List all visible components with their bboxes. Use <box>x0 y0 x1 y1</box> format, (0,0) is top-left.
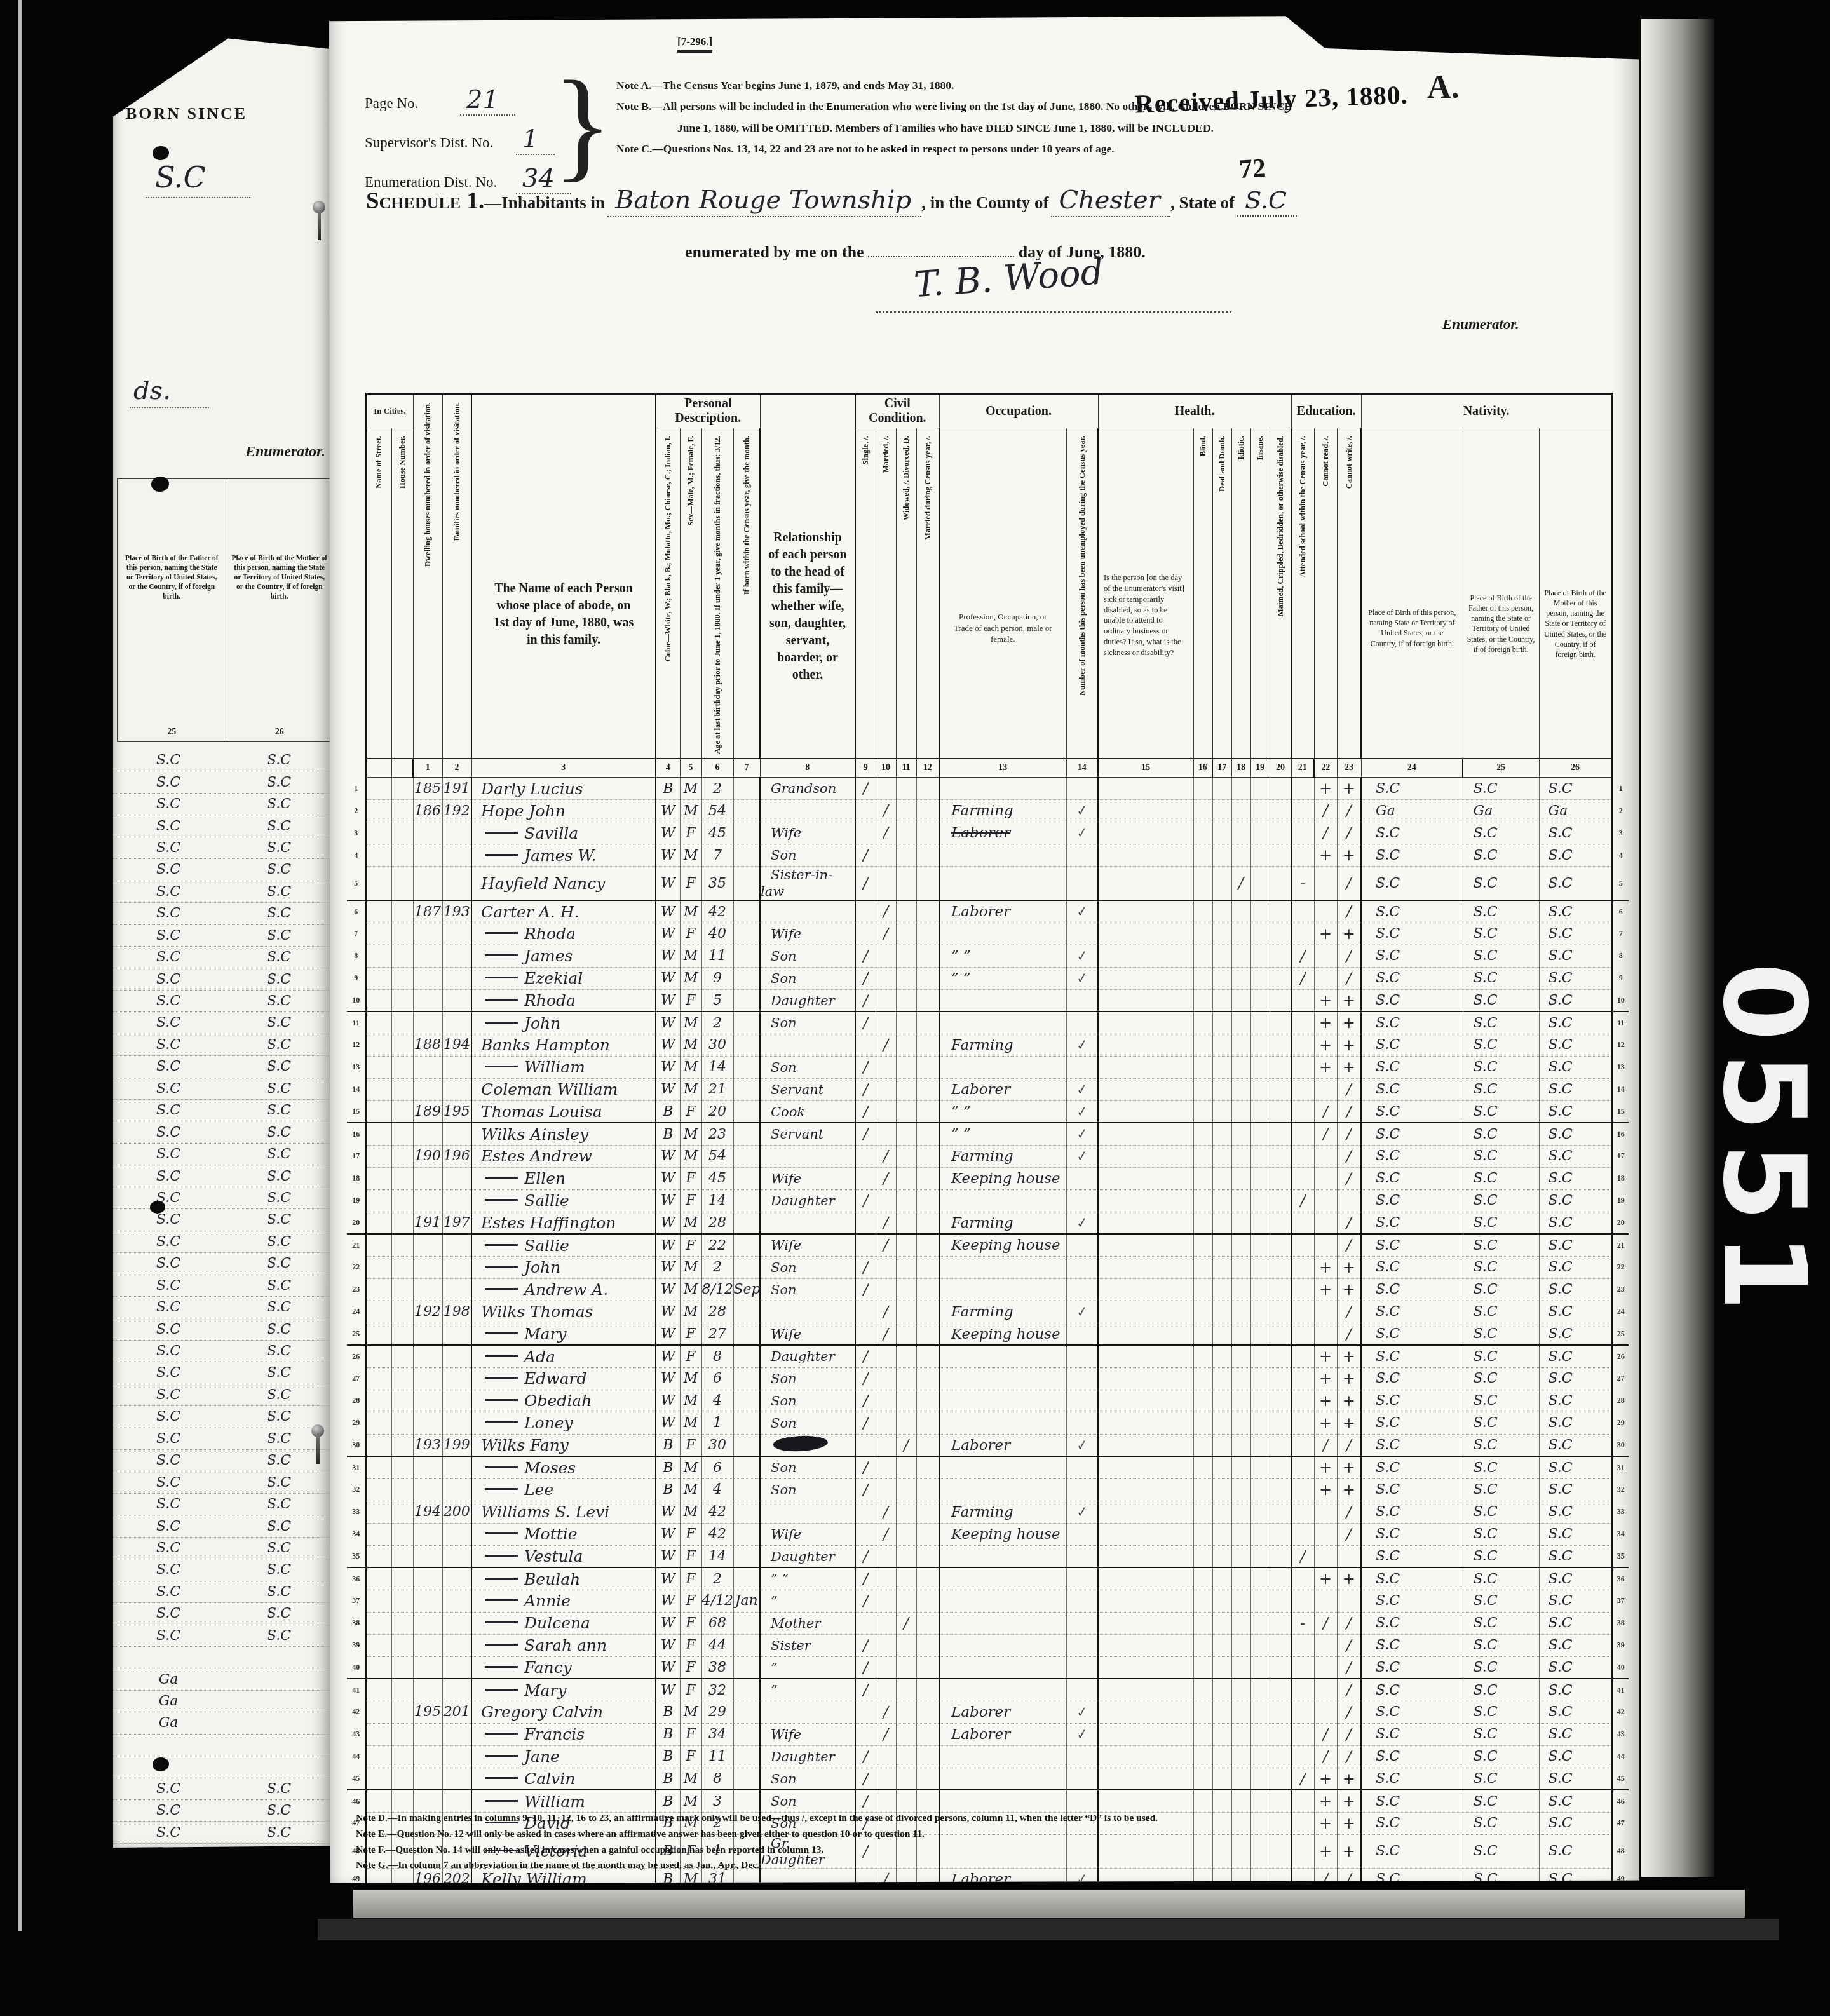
table-cell <box>1212 1367 1231 1390</box>
prev-birthplace-value: S.C <box>113 1452 224 1468</box>
table-cell <box>1291 1078 1314 1100</box>
occupation: Keeping house <box>939 1323 1066 1345</box>
table-cell: 35 <box>1612 1545 1629 1567</box>
prev-birthplace-value: Ga <box>113 1672 224 1688</box>
film-frame-number: 0551 <box>1698 844 1830 1441</box>
table-cell: 24 <box>1612 1301 1629 1323</box>
table-cell: 3 <box>347 822 366 844</box>
table-cell: 2 <box>1612 800 1629 822</box>
district-block: Page No. 21 Supervisor's Dist. No. 1 Enu… <box>365 78 555 196</box>
table-cell: M <box>680 1278 701 1301</box>
table-cell <box>1098 1100 1193 1123</box>
table-cell: / <box>1314 1123 1337 1145</box>
table-cell: S.C <box>1539 1834 1612 1868</box>
table-row: 8JamesWM11Son/” ”✓//S.CS.CS.C8 <box>347 945 1629 967</box>
table-row: 22JohnWM2Son/++S.CS.CS.C22 <box>347 1256 1629 1278</box>
table-cell: S.C <box>1539 1301 1612 1323</box>
person-name: James W. <box>471 844 656 867</box>
table-cell <box>1270 867 1291 901</box>
table-cell: 17 <box>347 1145 366 1167</box>
table-cell <box>1250 1679 1270 1701</box>
table-cell <box>1098 1234 1193 1256</box>
table-cell <box>413 1723 442 1745</box>
table-cell: 22 <box>701 1234 733 1256</box>
table-cell <box>896 778 916 800</box>
table-cell: S.C <box>1361 900 1463 923</box>
table-cell <box>876 1345 896 1367</box>
table-cell <box>366 867 391 901</box>
table-cell: F <box>680 867 701 901</box>
table-cell: S.C <box>1539 1212 1612 1234</box>
table-cell <box>366 1345 391 1367</box>
person-name: William <box>471 1790 656 1812</box>
prev-birthplace-value: S.C <box>224 1190 334 1206</box>
column-number: 20 <box>1270 759 1291 778</box>
table-cell <box>1270 844 1291 867</box>
table-cell: + <box>1337 1034 1361 1056</box>
table-cell <box>916 1367 939 1390</box>
table-cell <box>916 822 939 844</box>
table-cell: + <box>1337 1390 1361 1412</box>
table-cell <box>1231 1723 1250 1745</box>
table-cell <box>1066 1256 1098 1278</box>
table-cell <box>1193 1478 1212 1501</box>
table-cell <box>1098 1256 1193 1278</box>
table-cell <box>1291 1478 1314 1501</box>
table-cell <box>876 1412 896 1434</box>
table-cell: S.C <box>1361 1056 1463 1078</box>
table-cell <box>876 1367 896 1390</box>
table-cell: / <box>855 1412 876 1434</box>
prev-page-row: S.CS.C <box>113 1275 334 1297</box>
table-cell <box>733 844 760 867</box>
table-cell <box>1193 1056 1212 1078</box>
table-cell: S.C <box>1463 1078 1539 1100</box>
table-cell <box>1193 1768 1212 1790</box>
table-cell <box>1212 822 1231 844</box>
prev-page-row: S.CS.C <box>113 859 334 881</box>
table-cell <box>1270 1256 1291 1278</box>
table-cell: 21 <box>701 1078 733 1100</box>
table-cell <box>413 867 442 901</box>
table-row: 37AnnieWF4/12Jan”/S.CS.CS.C37 <box>347 1590 1629 1612</box>
table-cell <box>442 1412 471 1434</box>
table-cell: M <box>680 945 701 967</box>
table-cell <box>366 989 391 1011</box>
table-cell: 194 <box>442 1034 471 1056</box>
table-cell <box>1291 1345 1314 1367</box>
table-cell: / <box>1291 1545 1314 1567</box>
table-cell: S.C <box>1539 1656 1612 1679</box>
table-cell <box>1250 1412 1270 1434</box>
table-cell <box>391 1745 413 1768</box>
relationship: ” ” <box>760 1567 855 1590</box>
table-cell <box>1270 1100 1291 1123</box>
occupation <box>939 1768 1066 1790</box>
prev-col26-number: 26 <box>226 727 334 738</box>
table-cell <box>1250 1367 1270 1390</box>
relationship <box>760 1301 855 1323</box>
occupation: Laborer <box>939 822 1066 844</box>
table-row: 43FrancisBF34Wife/Laborer✓//S.CS.CS.C43 <box>347 1723 1629 1745</box>
table-cell <box>1212 967 1231 989</box>
table-cell: 5 <box>701 989 733 1011</box>
occupation <box>939 1412 1066 1434</box>
table-cell: / <box>1291 1768 1314 1790</box>
table-cell: W <box>656 945 680 967</box>
table-cell: 14 <box>701 1056 733 1078</box>
table-cell <box>366 1078 391 1100</box>
table-cell <box>1193 1434 1212 1456</box>
table-cell <box>366 1745 391 1768</box>
relationship: Daughter <box>760 1189 855 1212</box>
table-cell: 8 <box>347 945 366 967</box>
table-cell <box>896 1456 916 1478</box>
table-cell: S.C <box>1463 1034 1539 1056</box>
table-cell <box>1193 1123 1212 1145</box>
table-cell <box>1212 1701 1231 1723</box>
table-cell: 2 <box>701 1567 733 1590</box>
prev-birthplace-value: S.C <box>224 840 334 856</box>
table-cell <box>1066 1634 1098 1656</box>
prev-page-row: S.CS.C <box>113 1559 334 1581</box>
table-cell <box>1250 1456 1270 1478</box>
table-cell <box>1231 1189 1250 1212</box>
table-cell: F <box>680 1656 701 1679</box>
table-cell <box>896 822 916 844</box>
table-cell: S.C <box>1463 1056 1539 1078</box>
table-cell: 14 <box>701 1189 733 1212</box>
person-name: Hope John <box>471 800 656 822</box>
col13-header: Profession, Occupation, or Trade of each… <box>939 428 1066 759</box>
table-cell: 23 <box>1612 1278 1629 1301</box>
table-row: 36BeulahWF2” ”/++S.CS.CS.C36 <box>347 1567 1629 1590</box>
table-cell <box>442 1078 471 1100</box>
column-number: 19 <box>1250 759 1270 778</box>
table-cell <box>1231 1078 1250 1100</box>
prev-page-row: S.CS.C <box>113 1428 334 1450</box>
table-cell: S.C <box>1539 1078 1612 1100</box>
table-cell <box>1337 1189 1361 1212</box>
table-cell <box>366 1301 391 1323</box>
table-cell: M <box>680 1301 701 1323</box>
table-cell <box>855 1723 876 1745</box>
table-cell <box>1193 1345 1212 1367</box>
table-cell: 34 <box>701 1723 733 1745</box>
table-cell <box>391 1234 413 1256</box>
table-cell <box>1212 1768 1231 1790</box>
table-cell: S.C <box>1463 1167 1539 1189</box>
table-cell: S.C <box>1463 1345 1539 1367</box>
table-cell <box>1212 1790 1231 1812</box>
table-cell: 27 <box>1612 1367 1629 1390</box>
table-cell <box>1314 1301 1337 1323</box>
table-cell <box>1098 1478 1193 1501</box>
prev-birthplace-value: S.C <box>224 1387 334 1403</box>
table-cell <box>1098 1212 1193 1234</box>
column-number: 2 <box>442 759 471 778</box>
table-cell: + <box>1314 1456 1337 1478</box>
prev-page-row: S.CS.C <box>113 1603 334 1625</box>
table-cell <box>733 1367 760 1390</box>
table-cell <box>876 1590 896 1612</box>
table-row: 7RhodaWF40Wife/++S.CS.CS.C7 <box>347 923 1629 945</box>
table-cell <box>391 1634 413 1656</box>
table-cell <box>1291 1523 1314 1545</box>
table-cell <box>916 1011 939 1034</box>
table-cell <box>1314 1167 1337 1189</box>
table-cell: S.C <box>1361 1256 1463 1278</box>
table-cell <box>1250 1145 1270 1167</box>
table-cell: + <box>1337 1456 1361 1478</box>
table-cell <box>1231 1301 1250 1323</box>
table-cell <box>1098 1412 1193 1434</box>
table-cell <box>391 1790 413 1812</box>
table-cell <box>413 989 442 1011</box>
col12-header: Married during Census year, /. <box>916 428 939 759</box>
table-cell: S.C <box>1463 1745 1539 1768</box>
table-cell <box>442 1745 471 1768</box>
table-cell <box>733 822 760 844</box>
table-cell: W <box>656 1390 680 1412</box>
table-cell: W <box>656 1323 680 1345</box>
prev-page-row: S.CS.C <box>113 947 334 968</box>
table-cell: B <box>656 1434 680 1456</box>
table-cell <box>1098 1590 1193 1612</box>
table-cell: 42 <box>701 900 733 923</box>
person-name: Loney <box>471 1412 656 1434</box>
table-cell <box>1066 1167 1098 1189</box>
table-cell <box>733 1234 760 1256</box>
table-cell: + <box>1337 844 1361 867</box>
table-cell: W <box>656 923 680 945</box>
table-cell: + <box>1337 1278 1361 1301</box>
table-cell <box>1098 989 1193 1011</box>
table-row: 42195201Gregory CalvinBM29/Laborer✓/S.CS… <box>347 1701 1629 1723</box>
prev-page-row: S.CS.C <box>113 1778 334 1800</box>
table-cell <box>366 1390 391 1412</box>
table-cell: + <box>1337 778 1361 800</box>
table-cell: / <box>1337 1301 1361 1323</box>
table-cell: 8 <box>701 1768 733 1790</box>
table-cell <box>442 1189 471 1212</box>
table-cell <box>1314 1590 1337 1612</box>
table-cell <box>876 1456 896 1478</box>
table-cell: 24 <box>347 1301 366 1323</box>
table-cell: S.C <box>1361 1478 1463 1501</box>
column-number: 24 <box>1361 759 1463 778</box>
column-number <box>366 759 391 778</box>
prev-page-row: Ga <box>113 1668 334 1690</box>
person-name: James <box>471 945 656 967</box>
table-row: 23Andrew A.WM8/12SepSon/++S.CS.CS.C23 <box>347 1278 1629 1301</box>
table-cell <box>413 1679 442 1701</box>
table-cell <box>733 1145 760 1167</box>
table-cell: + <box>1314 1567 1337 1590</box>
table-cell: S.C <box>1539 1189 1612 1212</box>
table-cell: W <box>656 844 680 867</box>
table-cell: 45 <box>1612 1768 1629 1790</box>
occupation: Keeping house <box>939 1523 1066 1545</box>
prev-page-row: S.CS.C <box>113 1581 334 1603</box>
table-cell: / <box>855 1590 876 1612</box>
relationship: Son <box>760 1478 855 1501</box>
prev-page-row: S.CS.C <box>113 1034 334 1056</box>
table-cell: 32 <box>1612 1478 1629 1501</box>
relationship <box>760 900 855 923</box>
table-cell: M <box>680 1078 701 1100</box>
prev-col25-header: Place of Birth of the Father of this per… <box>118 479 226 741</box>
enumerated-date-blank <box>868 243 1014 257</box>
prev-birthplace-value: S.C <box>113 752 224 768</box>
table-cell <box>916 1345 939 1367</box>
table-cell: 1 <box>1612 778 1629 800</box>
prev-page-row: S.CS.C <box>113 1384 334 1406</box>
relationship: Son <box>760 967 855 989</box>
occupation <box>939 1590 1066 1612</box>
prev-birthplace-value: S.C <box>113 796 224 812</box>
table-cell <box>1270 1212 1291 1234</box>
table-cell: S.C <box>1539 1679 1612 1701</box>
column-number: 7 <box>733 759 760 778</box>
table-cell <box>1098 1434 1193 1456</box>
table-cell: W <box>656 1612 680 1634</box>
table-cell: W <box>656 1656 680 1679</box>
table-cell: F <box>680 1345 701 1367</box>
table-cell <box>1250 945 1270 967</box>
table-cell: 4 <box>701 1478 733 1501</box>
occupation: Laborer <box>939 1723 1066 1745</box>
prev-birthplace-value: S.C <box>113 1540 224 1556</box>
prev-page-row: S.CS.C <box>113 1253 334 1275</box>
prev-page-row: S.CS.C <box>113 794 334 815</box>
table-cell <box>916 1412 939 1434</box>
table-cell: ✓ <box>1066 1145 1098 1167</box>
table-cell: 4 <box>347 844 366 867</box>
table-cell <box>896 1234 916 1256</box>
table-cell: S.C <box>1539 1011 1612 1034</box>
table-cell <box>442 1523 471 1545</box>
table-cell <box>1291 1145 1314 1167</box>
table-cell <box>1231 1412 1250 1434</box>
table-cell <box>1270 1590 1291 1612</box>
table-cell: 20 <box>347 1212 366 1234</box>
prev-page-row: S.CS.C <box>113 1625 334 1647</box>
table-cell: S.C <box>1361 867 1463 901</box>
table-cell <box>1231 1523 1250 1545</box>
table-cell <box>1231 1745 1250 1768</box>
table-cell: S.C <box>1361 1412 1463 1434</box>
table-cell <box>733 1612 760 1634</box>
column-number: 21 <box>1291 759 1314 778</box>
table-cell <box>391 1768 413 1790</box>
prev-birthplace-value: S.C <box>224 1825 334 1841</box>
table-cell: 197 <box>442 1212 471 1234</box>
table-cell: F <box>680 1745 701 1768</box>
table-cell <box>413 1189 442 1212</box>
table-cell: 10 <box>347 989 366 1011</box>
table-cell <box>1212 1278 1231 1301</box>
table-cell: S.C <box>1361 1545 1463 1567</box>
table-cell: / <box>855 1656 876 1679</box>
table-cell: / <box>876 1723 896 1745</box>
prev-birthplace-value: S.C <box>224 818 334 834</box>
table-cell: W <box>656 1367 680 1390</box>
table-cell: 10 <box>1612 989 1629 1011</box>
table-cell: 43 <box>1612 1723 1629 1745</box>
table-cell: / <box>876 1145 896 1167</box>
table-cell <box>1231 1790 1250 1812</box>
table-cell <box>391 989 413 1011</box>
table-cell: 29 <box>347 1412 366 1434</box>
column-number: 12 <box>916 759 939 778</box>
table-cell <box>1212 1501 1231 1523</box>
occupation: ” ” <box>939 967 1066 989</box>
table-cell: S.C <box>1539 1412 1612 1434</box>
table-cell <box>1098 1790 1193 1812</box>
column-number: 4 <box>656 759 680 778</box>
prev-birthplace-value: S.C <box>113 1628 224 1644</box>
table-cell: 9 <box>1612 967 1629 989</box>
table-cell <box>1270 1456 1291 1478</box>
table-cell <box>1291 1301 1314 1323</box>
prev-birthplace-value: S.C <box>113 905 224 921</box>
table-cell <box>896 800 916 822</box>
table-cell: S.C <box>1361 1768 1463 1790</box>
table-row: 17190196Estes AndrewWM54/Farming✓/S.CS.C… <box>347 1145 1629 1167</box>
table-cell: S.C <box>1361 1656 1463 1679</box>
table-cell: 33 <box>1612 1501 1629 1523</box>
table-cell <box>1193 844 1212 867</box>
table-cell: S.C <box>1463 1567 1539 1590</box>
occupation <box>939 923 1066 945</box>
table-cell <box>1250 1078 1270 1100</box>
table-cell <box>1231 1456 1250 1478</box>
prev-page-row: S.CS.C <box>113 903 334 924</box>
table-cell <box>1193 900 1212 923</box>
table-cell <box>1098 1656 1193 1679</box>
table-cell: 185 <box>413 778 442 800</box>
table-cell <box>1291 1100 1314 1123</box>
table-cell: 29 <box>701 1701 733 1723</box>
table-cell <box>1314 1679 1337 1701</box>
table-cell <box>916 1256 939 1278</box>
table-cell: 4/12 <box>701 1590 733 1612</box>
col9-header: Single, /. <box>855 428 876 759</box>
table-cell: B <box>656 1456 680 1478</box>
table-cell <box>733 1011 760 1034</box>
table-cell: S.C <box>1463 778 1539 800</box>
table-cell: 28 <box>701 1212 733 1234</box>
table-cell: / <box>855 989 876 1011</box>
table-cell: F <box>680 1434 701 1456</box>
column-number: 17 <box>1212 759 1231 778</box>
table-cell <box>1098 1634 1193 1656</box>
relationship <box>760 1034 855 1056</box>
table-cell: W <box>656 1679 680 1701</box>
prev-birthplace-value: S.C <box>113 1081 224 1097</box>
table-cell <box>442 989 471 1011</box>
table-cell: / <box>855 1768 876 1790</box>
table-cell: ✓ <box>1066 822 1098 844</box>
person-name: Coleman William <box>471 1078 656 1100</box>
table-cell <box>733 1478 760 1501</box>
table-cell: S.C <box>1463 1790 1539 1812</box>
table-cell: S.C <box>1361 989 1463 1011</box>
table-cell <box>366 1212 391 1234</box>
table-cell <box>442 1456 471 1478</box>
table-cell <box>1291 1790 1314 1812</box>
